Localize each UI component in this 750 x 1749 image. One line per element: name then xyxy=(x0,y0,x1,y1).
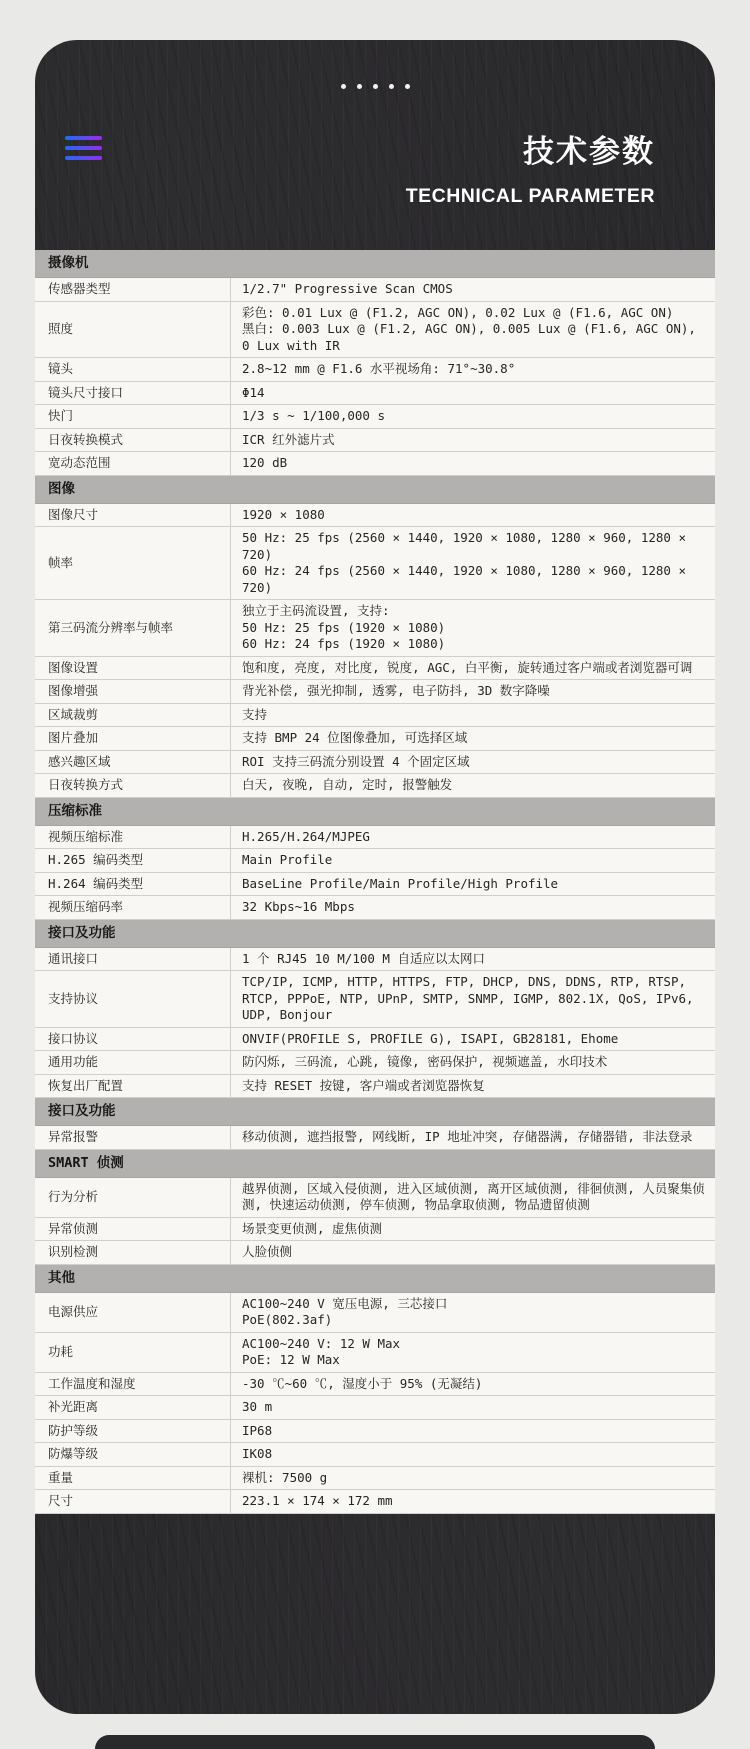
menu-line xyxy=(65,136,102,140)
section-header: 接口及功能 xyxy=(35,920,715,948)
title-block: 技术参数 TECHNICAL PARAMETER xyxy=(406,132,655,208)
row-label: 防护等级 xyxy=(35,1420,231,1443)
row-value: 32 Kbps~16 Mbps xyxy=(231,896,715,919)
menu-line xyxy=(65,156,102,160)
row-label: H.265 编码类型 xyxy=(35,849,231,872)
row-label: 区域裁剪 xyxy=(35,704,231,727)
row-value: Φ14 xyxy=(231,382,715,405)
table-row: 区域裁剪支持 xyxy=(35,704,715,728)
row-label: 防爆等级 xyxy=(35,1443,231,1466)
row-value: 支持 RESET 按键, 客户端或者浏览器恢复 xyxy=(231,1075,715,1098)
row-label: 感兴趣区域 xyxy=(35,751,231,774)
row-value: 防闪烁, 三码流, 心跳, 镜像, 密码保护, 视频遮盖, 水印技术 xyxy=(231,1051,715,1074)
row-value: AC100~240 V: 12 W Max PoE: 12 W Max xyxy=(231,1333,715,1372)
table-row: 镜头2.8~12 mm @ F1.6 水平视场角: 71°~30.8° xyxy=(35,358,715,382)
table-row: 行为分析越界侦测, 区域入侵侦测, 进入区域侦测, 离开区域侦测, 徘徊侦测, … xyxy=(35,1178,715,1218)
spec-card: 技术参数 TECHNICAL PARAMETER 摄像机传感器类型1/2.7" … xyxy=(35,40,715,1714)
row-label: 尺寸 xyxy=(35,1490,231,1513)
row-value: 223.1 × 174 × 172 mm xyxy=(231,1490,715,1513)
table-row: 电源供应AC100~240 V 宽压电源, 三芯接口 PoE(802.3af) xyxy=(35,1293,715,1333)
row-value: H.265/H.264/MJPEG xyxy=(231,826,715,849)
row-label: 快门 xyxy=(35,405,231,428)
row-value: AC100~240 V 宽压电源, 三芯接口 PoE(802.3af) xyxy=(231,1293,715,1332)
row-value: 120 dB xyxy=(231,452,715,475)
table-row: 异常报警移动侦测, 遮挡报警, 网线断, IP 地址冲突, 存储器满, 存储器错… xyxy=(35,1126,715,1150)
row-value: 白天, 夜晚, 自动, 定时, 报警触发 xyxy=(231,774,715,797)
row-label: 图片叠加 xyxy=(35,727,231,750)
row-label: 帧率 xyxy=(35,527,231,599)
row-label: 视频压缩码率 xyxy=(35,896,231,919)
table-row: 异常侦测场景变更侦测, 虚焦侦测 xyxy=(35,1218,715,1242)
row-value: 30 m xyxy=(231,1396,715,1419)
row-value: 支持 BMP 24 位图像叠加, 可选择区域 xyxy=(231,727,715,750)
row-label: 通讯接口 xyxy=(35,948,231,971)
row-label: 异常报警 xyxy=(35,1126,231,1149)
spec-table: 摄像机传感器类型1/2.7" Progressive Scan CMOS照度彩色… xyxy=(35,250,715,1514)
row-label: 传感器类型 xyxy=(35,278,231,301)
row-label: 日夜转换方式 xyxy=(35,774,231,797)
dot-icon xyxy=(389,84,394,89)
table-row: 识别检测人脸侦侧 xyxy=(35,1241,715,1265)
row-label: 通用功能 xyxy=(35,1051,231,1074)
row-value: BaseLine Profile/Main Profile/High Profi… xyxy=(231,873,715,896)
table-row: H.264 编码类型BaseLine Profile/Main Profile/… xyxy=(35,873,715,897)
row-value: 独立于主码流设置, 支持: 50 Hz: 25 fps (1920 × 1080… xyxy=(231,600,715,656)
section-header: 其他 xyxy=(35,1265,715,1293)
row-value: 场景变更侦测, 虚焦侦测 xyxy=(231,1218,715,1241)
row-label: 重量 xyxy=(35,1467,231,1490)
row-value: 1/2.7" Progressive Scan CMOS xyxy=(231,278,715,301)
row-value: 1 个 RJ45 10 M/100 M 自适应以太网口 xyxy=(231,948,715,971)
table-row: 通讯接口1 个 RJ45 10 M/100 M 自适应以太网口 xyxy=(35,948,715,972)
row-value: -30 ℃~60 ℃, 湿度小于 95% (无凝结) xyxy=(231,1373,715,1396)
table-row: 恢复出厂配置支持 RESET 按键, 客户端或者浏览器恢复 xyxy=(35,1075,715,1099)
decor-dots xyxy=(35,84,715,89)
row-label: 照度 xyxy=(35,302,231,358)
table-row: 支持协议TCP/IP, ICMP, HTTP, HTTPS, FTP, DHCP… xyxy=(35,971,715,1028)
section-header: SMART 侦测 xyxy=(35,1150,715,1178)
table-row: 尺寸223.1 × 174 × 172 mm xyxy=(35,1490,715,1514)
row-value: IP68 xyxy=(231,1420,715,1443)
row-label: 识别检测 xyxy=(35,1241,231,1264)
table-row: 镜头尺寸接口Φ14 xyxy=(35,382,715,406)
table-row: 防护等级IP68 xyxy=(35,1420,715,1444)
table-row: 日夜转换模式ICR 红外滤片式 xyxy=(35,429,715,453)
row-label: 日夜转换模式 xyxy=(35,429,231,452)
page-title: 技术参数 xyxy=(406,132,655,172)
table-row: 补光距离30 m xyxy=(35,1396,715,1420)
table-row: 第三码流分辨率与帧率独立于主码流设置, 支持: 50 Hz: 25 fps (1… xyxy=(35,600,715,657)
row-label: 视频压缩标准 xyxy=(35,826,231,849)
row-label: 镜头尺寸接口 xyxy=(35,382,231,405)
menu-line xyxy=(65,146,102,150)
table-row: 工作温度和湿度-30 ℃~60 ℃, 湿度小于 95% (无凝结) xyxy=(35,1373,715,1397)
table-row: 图像尺寸1920 × 1080 xyxy=(35,504,715,528)
table-row: H.265 编码类型Main Profile xyxy=(35,849,715,873)
row-value: 2.8~12 mm @ F1.6 水平视场角: 71°~30.8° xyxy=(231,358,715,381)
section-header: 接口及功能 xyxy=(35,1098,715,1126)
row-value: 1/3 s ~ 1/100,000 s xyxy=(231,405,715,428)
table-row: 图像设置饱和度, 亮度, 对比度, 锐度, AGC, 白平衡, 旋转通过客户端或… xyxy=(35,657,715,681)
table-row: 日夜转换方式白天, 夜晚, 自动, 定时, 报警触发 xyxy=(35,774,715,798)
table-row: 功耗AC100~240 V: 12 W Max PoE: 12 W Max xyxy=(35,1333,715,1373)
row-value: ONVIF(PROFILE S, PROFILE G), ISAPI, GB28… xyxy=(231,1028,715,1051)
menu-icon[interactable] xyxy=(65,136,102,160)
row-value: ROI 支持三码流分别设置 4 个固定区域 xyxy=(231,751,715,774)
row-value: 移动侦测, 遮挡报警, 网线断, IP 地址冲突, 存储器满, 存储器错, 非法… xyxy=(231,1126,715,1149)
row-value: 支持 xyxy=(231,704,715,727)
row-label: 镜头 xyxy=(35,358,231,381)
table-row: 传感器类型1/2.7" Progressive Scan CMOS xyxy=(35,278,715,302)
row-value: IK08 xyxy=(231,1443,715,1466)
table-row: 防爆等级IK08 xyxy=(35,1443,715,1467)
row-label: 功耗 xyxy=(35,1333,231,1372)
row-label: 工作温度和湿度 xyxy=(35,1373,231,1396)
table-row: 帧率50 Hz: 25 fps (2560 × 1440, 1920 × 108… xyxy=(35,527,715,600)
row-label: 第三码流分辨率与帧率 xyxy=(35,600,231,656)
dot-icon xyxy=(341,84,346,89)
row-value: 越界侦测, 区域入侵侦测, 进入区域侦测, 离开区域侦测, 徘徊侦测, 人员聚集… xyxy=(231,1178,715,1217)
row-value: 彩色: 0.01 Lux @ (F1.2, AGC ON), 0.02 Lux … xyxy=(231,302,715,358)
row-label: H.264 编码类型 xyxy=(35,873,231,896)
row-label: 接口协议 xyxy=(35,1028,231,1051)
row-label: 宽动态范围 xyxy=(35,452,231,475)
row-value: 50 Hz: 25 fps (2560 × 1440, 1920 × 1080,… xyxy=(231,527,715,599)
table-row: 照度彩色: 0.01 Lux @ (F1.2, AGC ON), 0.02 Lu… xyxy=(35,302,715,359)
next-card-peek xyxy=(95,1735,655,1749)
dot-icon xyxy=(405,84,410,89)
table-row: 快门1/3 s ~ 1/100,000 s xyxy=(35,405,715,429)
row-label: 补光距离 xyxy=(35,1396,231,1419)
card-header: 技术参数 TECHNICAL PARAMETER xyxy=(35,40,715,250)
table-row: 图片叠加支持 BMP 24 位图像叠加, 可选择区域 xyxy=(35,727,715,751)
table-row: 宽动态范围120 dB xyxy=(35,452,715,476)
card-footer xyxy=(35,1514,715,1715)
row-label: 行为分析 xyxy=(35,1178,231,1217)
section-header: 压缩标准 xyxy=(35,798,715,826)
table-row: 通用功能防闪烁, 三码流, 心跳, 镜像, 密码保护, 视频遮盖, 水印技术 xyxy=(35,1051,715,1075)
row-value: TCP/IP, ICMP, HTTP, HTTPS, FTP, DHCP, DN… xyxy=(231,971,715,1027)
row-value: Main Profile xyxy=(231,849,715,872)
row-value: 1920 × 1080 xyxy=(231,504,715,527)
row-value: 人脸侦侧 xyxy=(231,1241,715,1264)
table-row: 感兴趣区域ROI 支持三码流分别设置 4 个固定区域 xyxy=(35,751,715,775)
table-row: 视频压缩标准H.265/H.264/MJPEG xyxy=(35,826,715,850)
row-value: ICR 红外滤片式 xyxy=(231,429,715,452)
row-label: 图像设置 xyxy=(35,657,231,680)
table-row: 视频压缩码率32 Kbps~16 Mbps xyxy=(35,896,715,920)
row-label: 异常侦测 xyxy=(35,1218,231,1241)
row-value: 饱和度, 亮度, 对比度, 锐度, AGC, 白平衡, 旋转通过客户端或者浏览器… xyxy=(231,657,715,680)
row-label: 电源供应 xyxy=(35,1293,231,1332)
row-label: 图像尺寸 xyxy=(35,504,231,527)
table-row: 图像增强背光补偿, 强光抑制, 透雾, 电子防抖, 3D 数字降噪 xyxy=(35,680,715,704)
row-label: 支持协议 xyxy=(35,971,231,1027)
section-header: 图像 xyxy=(35,476,715,504)
table-row: 接口协议ONVIF(PROFILE S, PROFILE G), ISAPI, … xyxy=(35,1028,715,1052)
section-header: 摄像机 xyxy=(35,250,715,278)
row-label: 恢复出厂配置 xyxy=(35,1075,231,1098)
dot-icon xyxy=(373,84,378,89)
page-subtitle: TECHNICAL PARAMETER xyxy=(406,185,655,208)
row-label: 图像增强 xyxy=(35,680,231,703)
row-value: 背光补偿, 强光抑制, 透雾, 电子防抖, 3D 数字降噪 xyxy=(231,680,715,703)
table-row: 重量裸机: 7500 g xyxy=(35,1467,715,1491)
dot-icon xyxy=(357,84,362,89)
row-value: 裸机: 7500 g xyxy=(231,1467,715,1490)
